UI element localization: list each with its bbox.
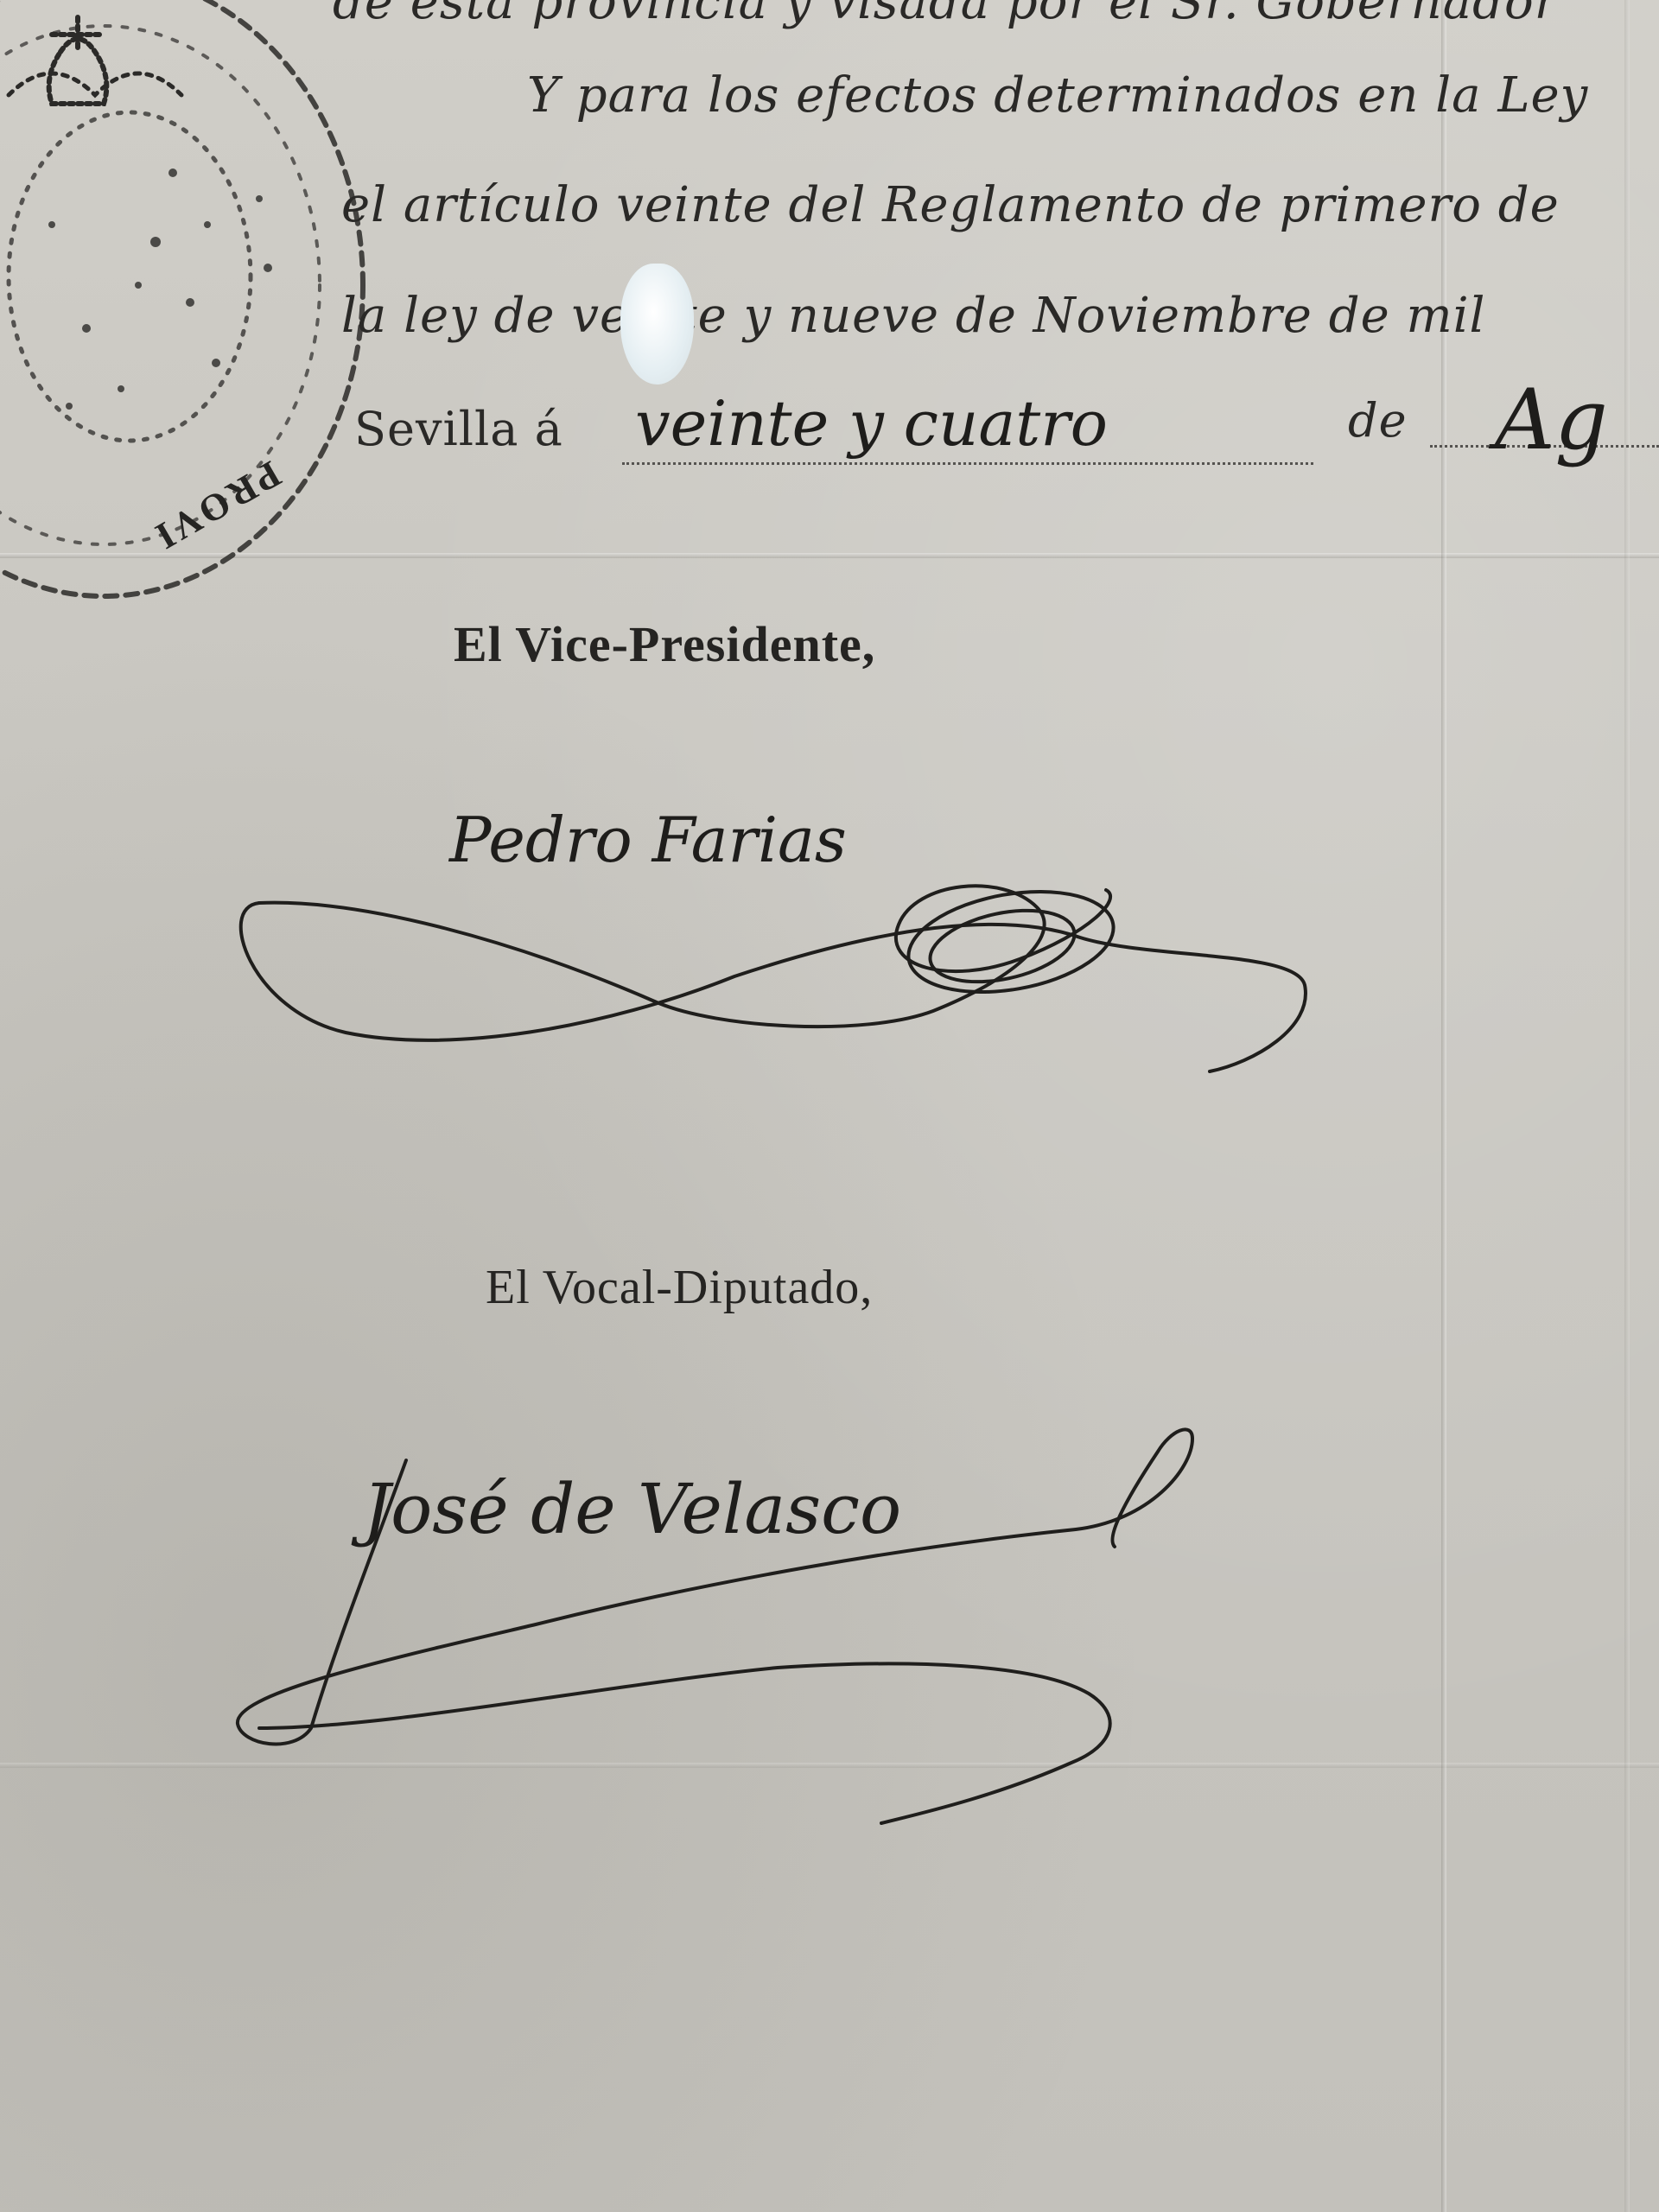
vocal-diputado-signature-flourish-icon <box>0 0 1659 2212</box>
